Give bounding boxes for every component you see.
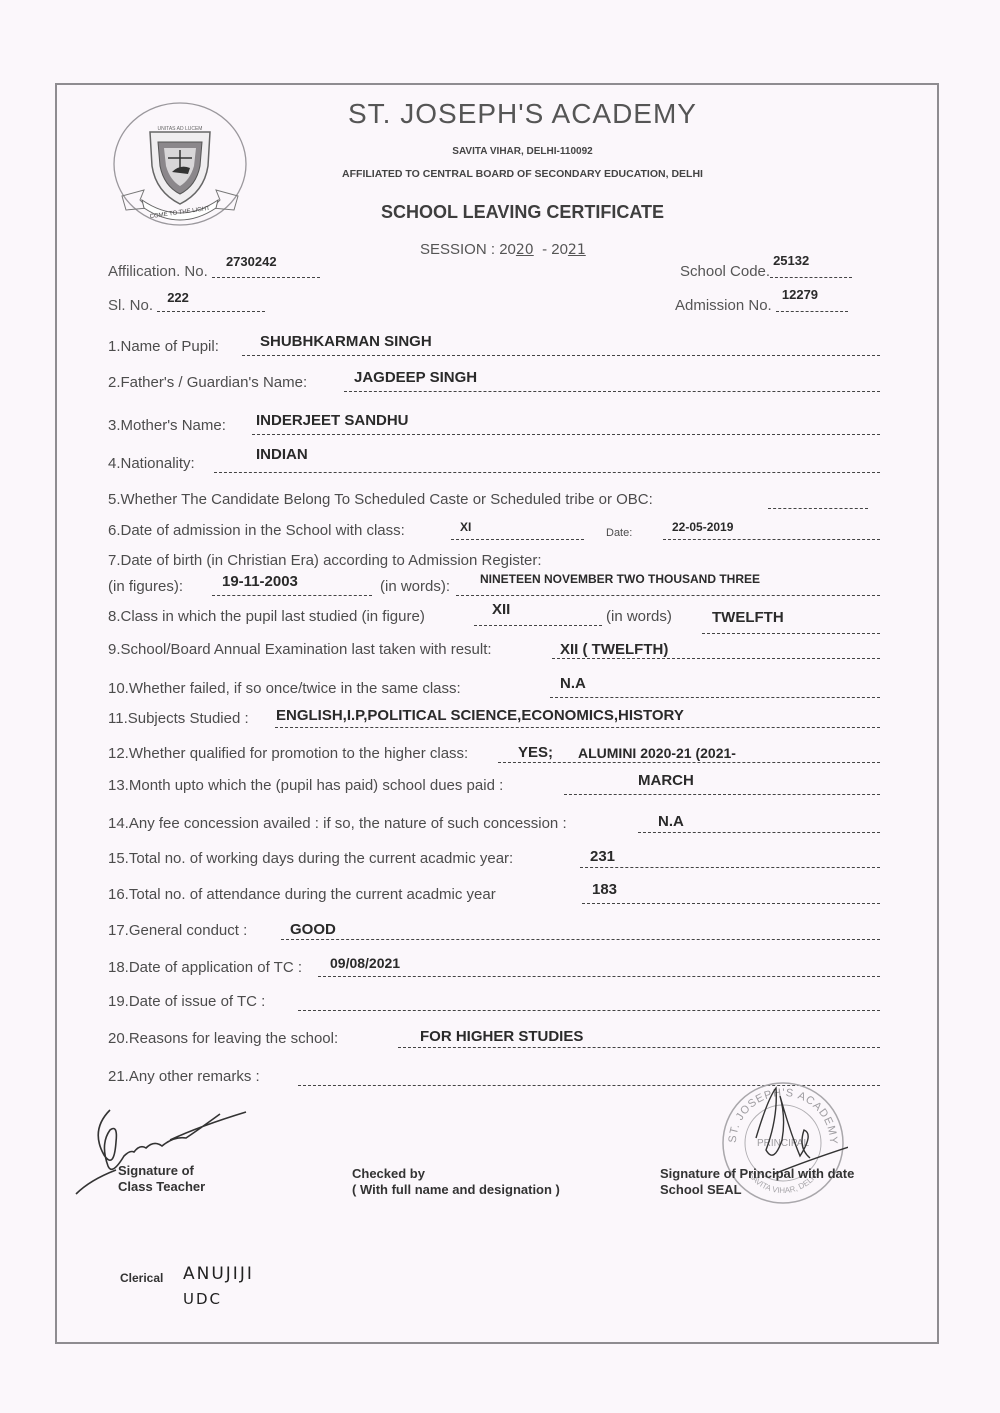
words-label: (in words): [380, 578, 450, 595]
sl-no: Sl. No. 222 [108, 292, 265, 314]
field-last-class: 8.Class in which the pupil last studied … [108, 604, 880, 628]
field-label: 11.Subjects Studied : [108, 710, 249, 727]
field-value: XII ( TWELFTH) [560, 641, 668, 658]
figures-value: 19-11-2003 [222, 573, 298, 590]
field-value: XI [460, 520, 471, 534]
field-mother-name: 3.Mother's Name: INDERJEET SANDHU [108, 413, 880, 437]
session-label: SESSION : [420, 241, 495, 258]
field-tc-issue-date: 19.Date of issue of TC : [108, 989, 880, 1013]
principal-line1: Signature of Principal with date [660, 1166, 854, 1182]
field-admission-date: 6.Date of admission in the School with c… [108, 518, 880, 542]
session-to-prefix: 20 [551, 241, 568, 258]
affiliation-value: 2730242 [226, 254, 277, 269]
field-label: 15.Total no. of working days during the … [108, 850, 513, 867]
teacher-line2: Class Teacher [118, 1179, 205, 1195]
words-value: TWELFTH [712, 609, 784, 626]
field-working-days: 15.Total no. of working days during the … [108, 846, 880, 870]
field-line [252, 434, 880, 435]
field-nationality: 4.Nationality: INDIAN [108, 451, 880, 475]
field-label: 3.Mother's Name: [108, 417, 226, 434]
field-label: 18.Date of application of TC : [108, 959, 302, 976]
class-teacher-label: Signature of Class Teacher [118, 1163, 205, 1195]
field-value: ENGLISH,I.P,POLITICAL SCIENCE,ECONOMICS,… [276, 707, 684, 724]
field-value: N.A [560, 675, 586, 692]
field-father-name: 2.Father's / Guardian's Name: JAGDEEP SI… [108, 370, 880, 394]
field-dob: (in figures): 19-11-2003 (in words): NIN… [108, 574, 880, 598]
field-line [456, 595, 880, 596]
field-leaving-reason: 20.Reasons for leaving the school: FOR H… [108, 1026, 880, 1050]
field-label: 10.Whether failed, if so once/twice in t… [108, 680, 461, 697]
field-promotion: 12.Whether qualified for promotion to th… [108, 741, 880, 765]
session-from-prefix: 20 [499, 241, 516, 258]
field-line [474, 625, 602, 626]
field-line [582, 903, 880, 904]
affiliation-label: Affilication. No. [108, 263, 208, 280]
words-label: (in words) [606, 608, 672, 625]
field-label: 1.Name of Pupil: [108, 338, 219, 355]
field-line [580, 867, 880, 868]
field-line [242, 355, 880, 356]
field-line [212, 595, 372, 596]
field-value: 09/08/2021 [330, 955, 400, 971]
school-code-value: 25132 [773, 253, 809, 268]
field-label: 17.General conduct : [108, 922, 247, 939]
class-teacher-signature [70, 1100, 260, 1215]
field-fee-concession: 14.Any fee concession availed : if so, t… [108, 811, 880, 835]
field-label: 19.Date of issue of TC : [108, 993, 265, 1010]
field-subjects: 11.Subjects Studied : ENGLISH,I.P,POLITI… [108, 706, 880, 730]
field-label: 21.Any other remarks : [108, 1068, 260, 1085]
field-label: 2.Father's / Guardian's Name: [108, 374, 307, 391]
field-caste: 5.Whether The Candidate Belong To Schedu… [108, 487, 880, 511]
field-line [318, 976, 880, 977]
session-sep: - [542, 241, 547, 258]
affiliation-no: Affilication. No. 2730242 [108, 258, 320, 280]
clerical-designation: UDC [183, 1290, 222, 1308]
field-label: 6.Date of admission in the School with c… [108, 522, 405, 539]
figures-label: (in figures): [108, 578, 183, 595]
field-value: YES; [518, 744, 553, 761]
clerical-label: Clerical [120, 1271, 163, 1285]
checked-by-label: Checked by ( With full name and designat… [352, 1166, 560, 1198]
date-label: Date: [606, 527, 632, 539]
field-attendance: 16.Total no. of attendance during the cu… [108, 882, 880, 906]
field-value: GOOD [290, 921, 336, 938]
field-line [564, 794, 880, 795]
field-label: 16.Total no. of attendance during the cu… [108, 886, 496, 903]
field-line [214, 472, 880, 473]
field-line [638, 832, 880, 833]
checked-line2: ( With full name and designation ) [352, 1182, 560, 1198]
field-line [552, 658, 880, 659]
clerical-name: ANUJIJI [183, 1264, 254, 1284]
session: SESSION : 2020 - 2021 [420, 241, 586, 258]
field-line [275, 727, 880, 728]
date-value: 22-05-2019 [672, 520, 733, 534]
session-from-hand: 20 [516, 242, 534, 258]
field-line [702, 633, 880, 634]
field-failed: 10.Whether failed, if so once/twice in t… [108, 676, 880, 700]
field-pupil-name: 1.Name of Pupil: SHUBHKARMAN SINGH [108, 334, 880, 358]
principal-signature-label: Signature of Principal with date School … [660, 1166, 854, 1198]
field-dues-paid: 13.Month upto which the (pupil has paid)… [108, 773, 880, 797]
field-label: 9.School/Board Annual Examination last t… [108, 641, 492, 658]
field-tc-application-date: 18.Date of application of TC : 09/08/202… [108, 955, 880, 979]
field-line [550, 697, 880, 698]
field-value: 183 [592, 881, 617, 898]
field-label: 5.Whether The Candidate Belong To Schedu… [108, 491, 653, 508]
session-to-hand: 21 [568, 242, 586, 258]
field-label: 14.Any fee concession availed : if so, t… [108, 815, 567, 832]
field-value: FOR HIGHER STUDIES [420, 1028, 583, 1045]
admission-value: 12279 [782, 287, 818, 302]
field-line [398, 1047, 880, 1048]
field-line [498, 762, 880, 763]
field-value: JAGDEEP SINGH [354, 369, 477, 386]
affiliation-line: AFFILIATED TO CENTRAL BOARD OF SECONDARY… [0, 168, 1000, 180]
field-line [451, 539, 584, 540]
field-value: MARCH [638, 772, 694, 789]
school-name: ST. JOSEPH'S ACADEMY [0, 98, 1000, 130]
field-value: SHUBHKARMAN SINGH [260, 333, 432, 350]
school-code-label: School Code. [680, 263, 770, 280]
field-value: N.A [658, 813, 684, 830]
words-value: NINETEEN NOVEMBER TWO THOUSAND THREE [480, 572, 760, 586]
checked-line1: Checked by [352, 1166, 560, 1182]
sl-label: Sl. No. [108, 297, 153, 314]
sl-value: 222 [167, 290, 189, 305]
field-label: 13.Month upto which the (pupil has paid)… [108, 777, 503, 794]
field-label: 20.Reasons for leaving the school: [108, 1030, 338, 1047]
field-conduct: 17.General conduct : GOOD [108, 918, 880, 942]
certificate-title: SCHOOL LEAVING CERTIFICATE [0, 202, 1000, 223]
field-line [663, 539, 880, 540]
field-label: 7.Date of birth (in Christian Era) accor… [108, 552, 542, 569]
field-line [281, 939, 880, 940]
teacher-line1: Signature of [118, 1163, 205, 1179]
field-label: 8.Class in which the pupil last studied … [108, 608, 425, 625]
field-label: 12.Whether qualified for promotion to th… [108, 745, 468, 762]
field-line [344, 391, 880, 392]
principal-line2: School SEAL [660, 1182, 854, 1198]
field-line [298, 1010, 880, 1011]
field-line [768, 508, 868, 509]
promotion-remark: ALUMINI 2020-21 (2021- [578, 745, 736, 761]
field-value: 231 [590, 848, 615, 865]
field-value: INDERJEET SANDHU [256, 412, 409, 429]
admission-label: Admission No. [675, 297, 772, 314]
school-code: School Code. 25132 [680, 258, 852, 280]
admission-no: Admission No. 12279 [675, 292, 848, 314]
school-address: SAVITA VIHAR, DELHI-110092 [0, 146, 1000, 157]
field-dob-heading: 7.Date of birth (in Christian Era) accor… [108, 551, 880, 569]
field-value: INDIAN [256, 446, 308, 463]
field-value: XII [492, 601, 510, 618]
field-exam-result: 9.School/Board Annual Examination last t… [108, 637, 880, 661]
field-label: 4.Nationality: [108, 455, 195, 472]
